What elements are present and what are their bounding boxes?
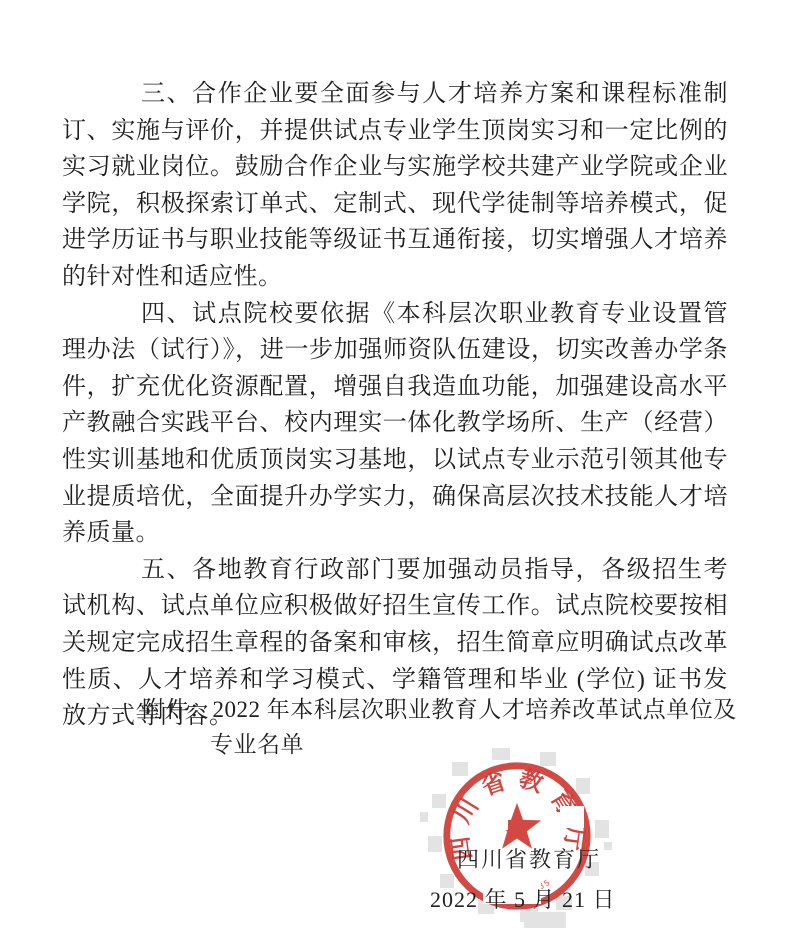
attachment-line-1: 附件：2022 年本科层次职业教育人才培养改革试点单位及: [142, 692, 737, 727]
attachment-note: 附件：2022 年本科层次职业教育人才培养改革试点单位及 专业名单: [142, 692, 737, 762]
document-page: 三、合作企业要全面参与人才培养方案和课程标准制订、实施与评价，并提供试点专业学生…: [0, 0, 789, 933]
attachment-line-2: 专业名单: [210, 727, 737, 762]
agency-signature: 四川省教育厅: [457, 843, 601, 874]
paragraph-4: 四、试点院校要依据《本科层次职业教育专业设置管理办法（试行）》，进一步加强师资队…: [62, 296, 728, 552]
scan-artifact-block: [420, 812, 428, 822]
scan-artifact-block: [595, 820, 609, 838]
scan-artifact-block: [604, 842, 612, 850]
scan-artifact-block: [524, 912, 566, 928]
document-body: 三、合作企业要全面参与人才培养方案和课程标准制订、实施与评价，并提供试点专业学生…: [62, 76, 728, 735]
scan-dropout-block: [486, 808, 508, 830]
scan-dropout-block: [560, 806, 584, 828]
signature-date: 2022 年 5 月 21 日: [430, 883, 616, 914]
paragraph-3: 三、合作企业要全面参与人才培养方案和课程标准制订、实施与评价，并提供试点专业学生…: [62, 76, 728, 296]
